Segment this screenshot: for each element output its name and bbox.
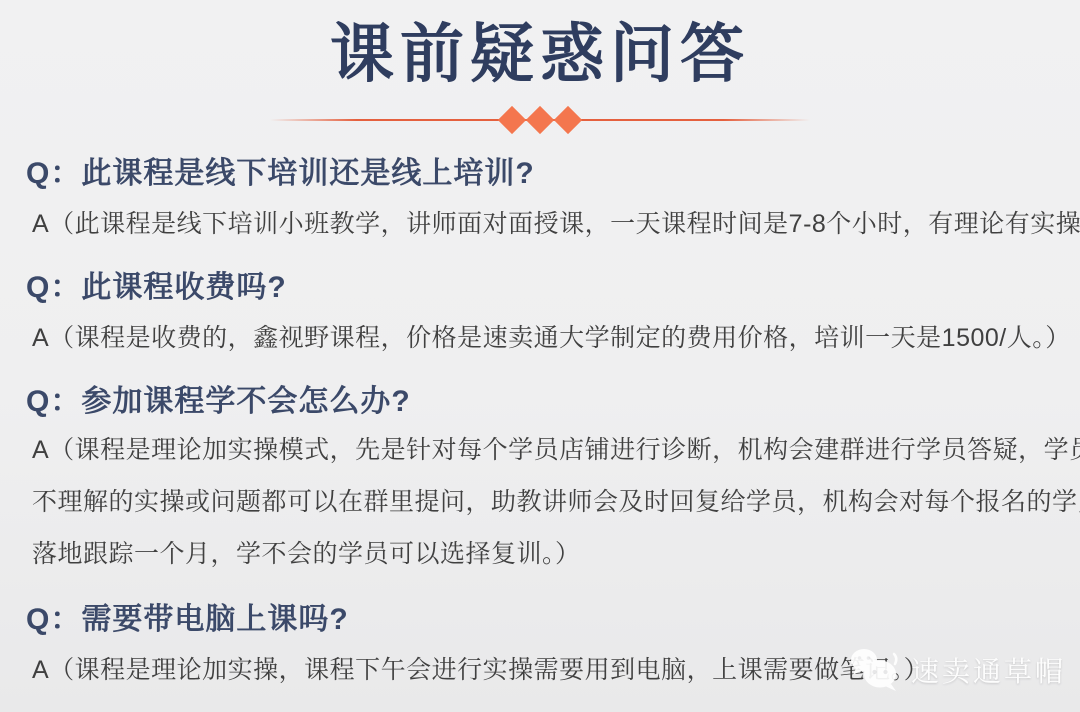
answer-3-line-3: 落地跟踪一个月，学不会的学员可以选择复训。）: [24, 528, 1056, 580]
qa-poster: 课前疑惑问答 Q：此课程是线下培训还是线上培训? A（此课程是线下培训小班教学，…: [0, 0, 1080, 712]
answer-2-line-1: A（课程是收费的，鑫视野课程，价格是速卖通大学制定的费用价格，培训一天是1500…: [24, 312, 1056, 364]
diamond-icon: [554, 106, 582, 134]
question-4: Q：需要带电脑上课吗?: [24, 602, 1056, 638]
wechat-icon: [847, 646, 905, 694]
answer-2: A（课程是收费的，鑫视野课程，价格是速卖通大学制定的费用价格，培训一天是1500…: [24, 312, 1056, 364]
answer-3: A（课程是理论加实操模式，先是针对每个学员店铺进行诊断，机构会建群进行学员答疑，…: [24, 424, 1056, 580]
diamond-ornament: [498, 110, 582, 130]
question-3: Q：参加课程学不会怎么办?: [24, 384, 1056, 420]
watermark: 速卖通草帽: [847, 646, 1066, 694]
title-divider: [270, 106, 810, 134]
answer-1: A（此课程是线下培训小班教学，讲师面对面授课，一天课程时间是7-8个小时，有理论…: [24, 198, 1056, 250]
answer-1-line-1: A（此课程是线下培训小班教学，讲师面对面授课，一天课程时间是7-8个小时，有理论…: [24, 198, 1056, 250]
question-1: Q：此课程是线下培训还是线上培训?: [24, 156, 1056, 192]
qa-list: Q：此课程是线下培训还是线上培训? A（此课程是线下培训小班教学，讲师面对面授课…: [0, 156, 1080, 696]
page-title: 课前疑惑问答: [0, 0, 1080, 92]
diamond-icon: [526, 106, 554, 134]
watermark-text: 速卖通草帽: [911, 650, 1066, 690]
question-2: Q：此课程收费吗?: [24, 270, 1056, 306]
answer-3-line-2: 不理解的实操或问题都可以在群里提问，助教讲师会及时回复给学员，机构会对每个报名的…: [24, 476, 1056, 528]
answer-3-line-1: A（课程是理论加实操模式，先是针对每个学员店铺进行诊断，机构会建群进行学员答疑，…: [24, 424, 1056, 476]
diamond-icon: [498, 106, 526, 134]
